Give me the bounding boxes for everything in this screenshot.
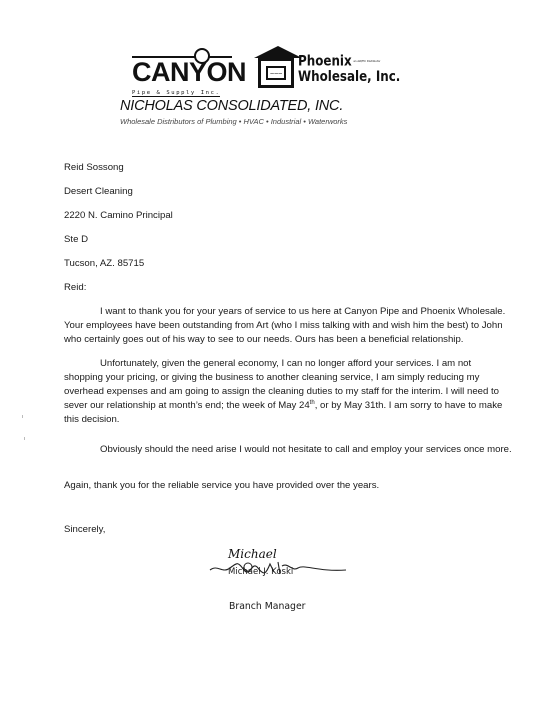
canyon-logo-text: CANYON xyxy=(132,59,246,86)
canyon-logo-subtitle: Pipe & Supply Inc. xyxy=(132,90,220,97)
salutation: Reid: xyxy=(64,281,86,295)
house-roof-icon xyxy=(254,46,302,58)
scan-specks xyxy=(22,415,26,445)
recipient-suite: Ste D xyxy=(64,233,88,247)
paragraph-3: Obviously should the need arise I would … xyxy=(64,443,512,457)
phoenix-tagline: an AW/HC Distributor xyxy=(353,59,380,63)
paragraph-1-text: I want to thank you for your years of se… xyxy=(64,306,505,345)
letter-page: CANYON Pipe & Supply Inc. ~~~ Phoenixan … xyxy=(0,0,555,720)
paragraph-2: Unfortunately, given the general economy… xyxy=(64,357,512,427)
phoenix-line1: Phoenix xyxy=(298,54,352,70)
parent-company-name: NICHOLAS CONSOLIDATED, INC. xyxy=(120,98,343,114)
signer-printed-name: Michael J. Koski xyxy=(228,567,293,577)
recipient-city: Tucson, AZ. 85715 xyxy=(64,257,144,271)
paragraph-1: I want to thank you for your years of se… xyxy=(64,305,512,347)
house-icon: ~~~ xyxy=(258,58,294,88)
paragraph-4: Again, thank you for the reliable servic… xyxy=(64,479,512,493)
phoenix-logo-text: Phoenixan AW/HC Distributor Wholesale, I… xyxy=(298,54,400,85)
letterhead: CANYON Pipe & Supply Inc. ~~~ Phoenixan … xyxy=(120,40,440,132)
company-tagline: Wholesale Distributors of Plumbing • HVA… xyxy=(120,117,347,126)
recipient-company: Desert Cleaning xyxy=(64,185,133,199)
phoenix-line2: Wholesale, Inc. xyxy=(298,69,400,85)
closing: Sincerely, xyxy=(64,523,105,537)
phoenix-logo: ~~~ Phoenixan AW/HC Distributor Wholesal… xyxy=(254,46,434,96)
recipient-street: 2220 N. Camino Principal xyxy=(64,209,173,223)
signer-title: Branch Manager xyxy=(229,601,306,612)
canyon-logo: CANYON Pipe & Supply Inc. xyxy=(132,50,252,95)
water-wave-icon: ~~~ xyxy=(270,71,282,78)
recipient-name: Reid Sossong xyxy=(64,161,124,175)
paragraph-3-text: Obviously should the need arise I would … xyxy=(100,444,512,455)
house-window-icon: ~~~ xyxy=(266,66,286,80)
